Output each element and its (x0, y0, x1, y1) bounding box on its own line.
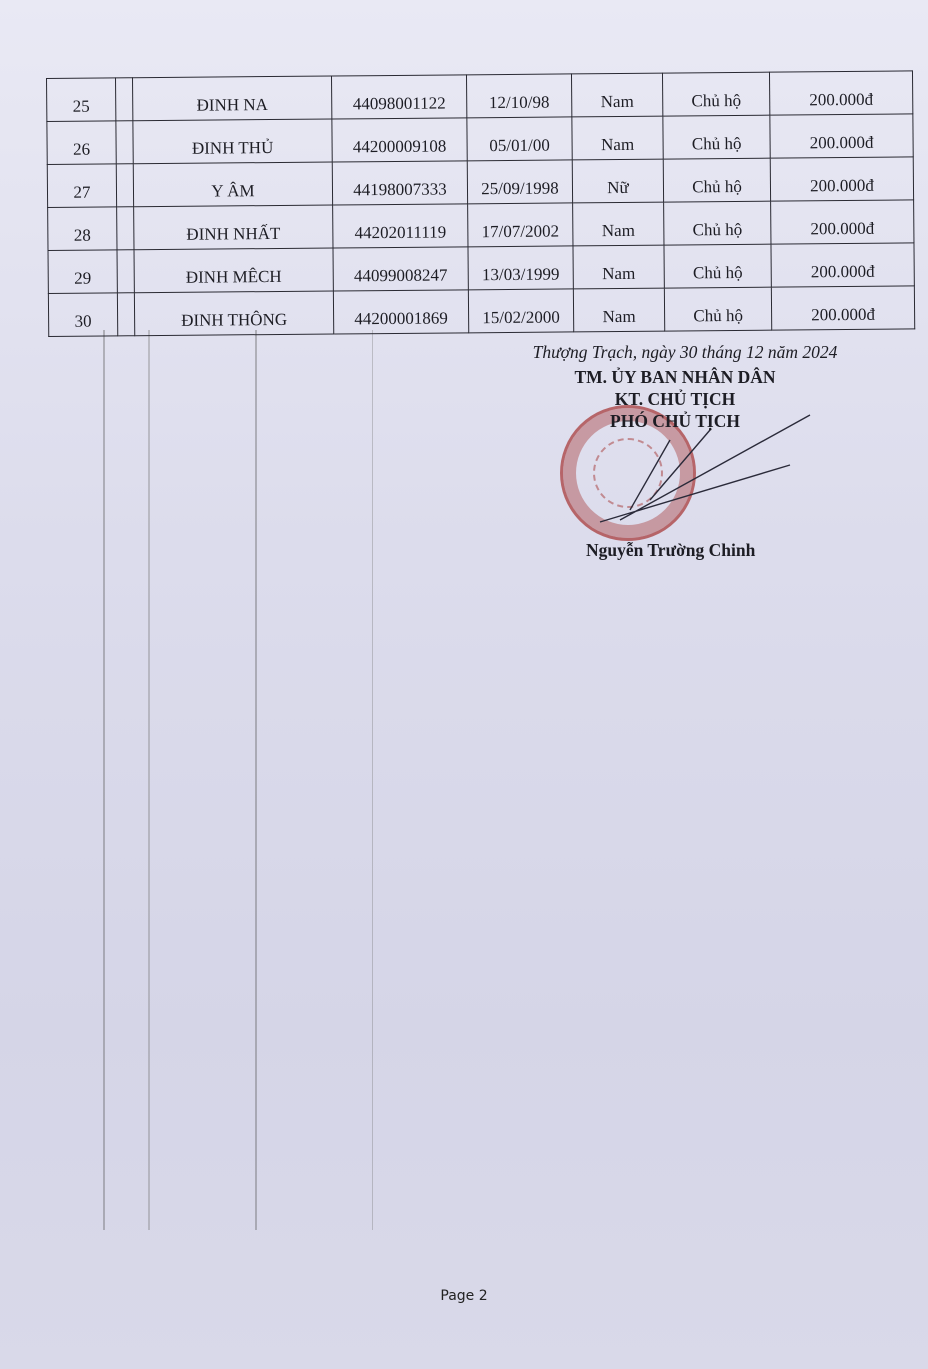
cell-birth-date: 25/09/1998 (467, 160, 572, 204)
cell-stt: 27 (47, 164, 116, 208)
table-row: 27 Y ÂM 44198007333 25/09/1998 Nữ Chủ hộ… (47, 157, 913, 208)
cell-birth-date: 05/01/00 (467, 117, 572, 161)
beneficiary-table: 25 ĐINH NA 44098001122 12/10/98 Nam Chủ … (46, 70, 915, 337)
table-row: 29 ĐINH MÊCH 44099008247 13/03/1999 Nam … (48, 243, 914, 294)
cell-birth-date: 12/10/98 (466, 74, 571, 118)
table-row: 25 ĐINH NA 44098001122 12/10/98 Nam Chủ … (47, 71, 913, 122)
signer-name: Nguyễn Trường Chinh (586, 540, 755, 561)
cell-birth-date: 13/03/1999 (468, 246, 573, 290)
cell-sex: Nam (573, 245, 664, 289)
cell-gap (116, 164, 133, 207)
cell-role: Chủ hộ (664, 201, 771, 245)
cell-name: ĐINH NA (133, 76, 332, 121)
cell-amount: 200.000đ (771, 243, 914, 287)
cell-name: ĐINH THÔNG (134, 291, 333, 336)
place-date: Thượng Trạch, ngày 30 tháng 12 năm 2024 (490, 342, 880, 363)
cell-role: Chủ hộ (664, 287, 771, 331)
cell-sex: Nam (572, 116, 663, 160)
cell-sex: Nam (573, 288, 664, 332)
cell-name: Y ÂM (133, 162, 332, 207)
cell-stt: 26 (47, 121, 116, 165)
cell-gap (116, 121, 133, 164)
cell-gap (116, 78, 133, 121)
signature-block: Thượng Trạch, ngày 30 tháng 12 năm 2024 … (500, 342, 880, 432)
cell-birth-date: 17/07/2002 (468, 203, 573, 247)
cell-id-number: 44202011119 (333, 204, 468, 248)
cell-birth-date: 15/02/2000 (468, 289, 573, 333)
signer-authority: KT. CHỦ TỊCH (470, 388, 880, 410)
cell-amount: 200.000đ (771, 200, 914, 244)
signer-organization: TM. ỦY BAN NHÂN DÂN (470, 367, 880, 388)
cell-id-number: 44099008247 (333, 247, 468, 291)
cell-id-number: 44200001869 (333, 290, 468, 334)
cell-name: ĐINH NHẤT (134, 205, 333, 250)
table-row: 30 ĐINH THÔNG 44200001869 15/02/2000 Nam… (48, 286, 914, 337)
cell-role: Chủ hộ (664, 244, 771, 288)
cell-sex: Nữ (572, 159, 663, 203)
table-row: 28 ĐINH NHẤT 44202011119 17/07/2002 Nam … (48, 200, 914, 251)
cell-stt: 25 (47, 78, 116, 122)
cell-gap (117, 207, 134, 250)
page-number: Page 2 (0, 1288, 928, 1304)
cell-sex: Nam (571, 73, 662, 117)
cell-amount: 200.000đ (770, 114, 913, 158)
signer-position: PHÓ CHỦ TỊCH (470, 410, 880, 432)
table-row: 26 ĐINH THỦ 44200009108 05/01/00 Nam Chủ… (47, 114, 913, 165)
cell-id-number: 44200009108 (332, 118, 467, 162)
cell-stt: 30 (48, 293, 117, 337)
cell-name: ĐINH MÊCH (134, 248, 333, 293)
cell-sex: Nam (573, 202, 664, 246)
cell-gap (117, 293, 134, 336)
cell-amount: 200.000đ (771, 286, 914, 330)
cell-amount: 200.000đ (769, 71, 912, 115)
cell-amount: 200.000đ (770, 157, 913, 201)
cell-name: ĐINH THỦ (133, 119, 332, 164)
cell-role: Chủ hộ (663, 115, 770, 159)
cell-role: Chủ hộ (663, 158, 770, 202)
cell-stt: 29 (48, 250, 117, 294)
cell-id-number: 44098001122 (331, 75, 466, 119)
cell-gap (117, 250, 134, 293)
cell-stt: 28 (48, 207, 117, 251)
cell-role: Chủ hộ (662, 72, 769, 116)
cell-id-number: 44198007333 (332, 161, 467, 205)
